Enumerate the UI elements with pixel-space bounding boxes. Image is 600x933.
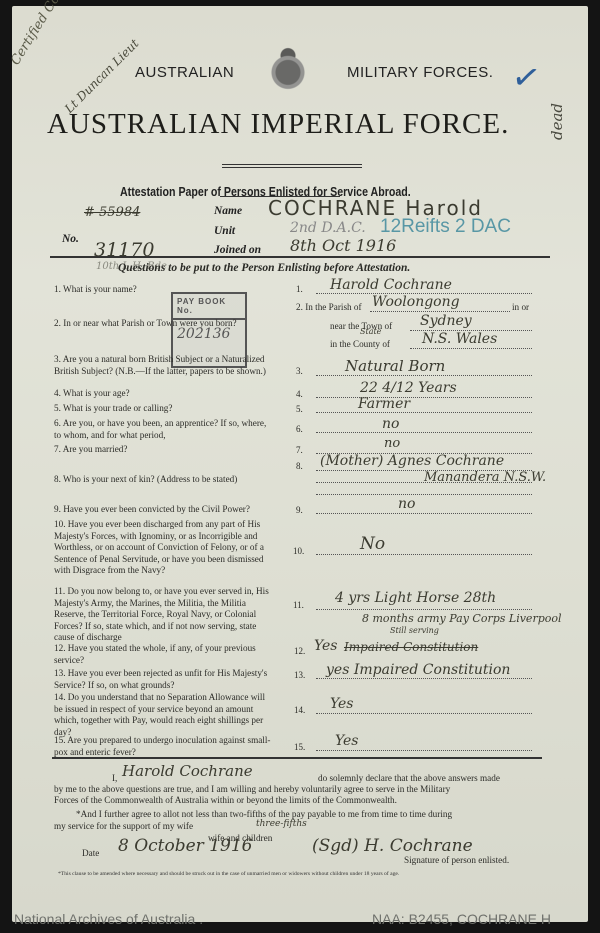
declaration-text-3: Forces of the Commonwealth of Australia … [54,795,397,807]
answer-14-line [316,713,532,714]
record-divider [50,256,550,258]
answer-5-line [316,412,532,413]
declarant-name: Harold Cochrane [122,762,253,780]
question-4: 4. What is your age? [54,388,130,400]
answer-8-line-3 [316,494,532,495]
answer-13-line [316,678,532,679]
answer-3: Natural Born [345,357,445,375]
answer-10-number: 10. [293,546,304,556]
answer-9-number: 9. [296,505,303,515]
answer-5-number: 5. [296,404,303,414]
answer-13: yes Impaired Constitution [326,662,510,678]
answer-2-county-correction: State [360,327,381,336]
answer-14-number: 14. [294,705,305,715]
answer-11-number: 11. [293,600,304,610]
answer-12-struck: Impaired Constitution [344,640,478,654]
answer-15-number: 15. [294,742,305,752]
answer-3-line [316,375,532,376]
signature: (Sgd) H. Cochrane [312,836,473,856]
declaration-text-1: do solemnly declare that the above answe… [318,773,500,785]
footnote: *This clause to be amended where necessa… [58,871,399,877]
answer-8-number: 8. [296,461,303,471]
joined-label: Joined on [214,244,261,256]
answer-2-county-line [410,348,532,349]
answer-12: Yes [314,638,338,654]
questions-heading: Questions to be put to the Person Enlist… [118,262,410,274]
answer-9: no [398,496,415,512]
date-label: Date [82,848,99,860]
declaration-prefix: I, [112,773,117,785]
answer-15: Yes [335,733,359,749]
unit-stamp: 12Reifts 2 DAC [380,216,511,238]
allotment-insert: three-fifths [256,819,307,829]
declaration-date: 8 October 1916 [118,836,252,856]
declaration-text-2: by me to the above questions are true, a… [54,784,450,796]
joined-date: 8th Oct 1916 [290,236,396,255]
question-9: 9. Have you ever been convicted by the C… [54,504,250,516]
question-5: 5. What is your trade or calling? [54,403,172,415]
question-13: 13. Have you ever been rejected as unfit… [54,668,274,691]
service-number: 31170 [94,239,154,261]
question-12: 12. Have you stated the whole, if any, o… [54,643,274,666]
answer-12-number: 12. [294,646,305,656]
question-8: 8. Who is your next of kin? (Address to … [54,474,237,486]
margin-note-vertical: dead [548,103,566,140]
answer-8-address: Manandera N.S.W. [424,470,546,485]
name-label: Name [214,205,242,217]
answer-2-suffix: in or [512,302,529,314]
answer-13-number: 13. [294,670,305,680]
title-divider [222,164,362,165]
answer-7: no [384,436,400,451]
answer-9-line [316,513,532,514]
unit-handwritten: 2nd D.A.C. [290,220,366,236]
footer-citation: NAA: B2455, COCHRANE H [372,911,551,927]
answer-2-parish-label: 2. In the Parish of [296,302,362,314]
answer-2-county-label: in the County of [330,339,390,351]
question-10: 10. Have you ever been discharged from a… [54,519,274,577]
answer-2-parish-line [370,311,510,312]
footer-archive-name: National Archives of Australia . [14,911,203,927]
title-divider-2 [222,167,362,168]
answer-15-line [316,750,532,751]
header-left: AUSTRALIAN [135,64,234,81]
answer-10-line [316,554,532,555]
question-6: 6. Are you, or have you been, an apprent… [54,418,272,441]
answer-11-line2: 8 months army Pay Corps Liverpool [362,612,562,625]
answer-5: Farmer [358,396,410,412]
answer-2-county: N.S. Wales [422,331,497,347]
answer-10: No [360,534,385,554]
question-14: 14. Do you understand that no Separation… [54,692,274,738]
allotment-text-2: my service for the support of my wife [54,821,193,833]
answer-4: 22 4/12 Years [360,380,457,396]
questions-bottom-rule [52,757,542,759]
answer-11-line [316,609,532,610]
royal-coat-of-arms-icon [260,46,316,94]
answer-7-number: 7. [296,445,303,455]
answer-3-number: 3. [296,366,303,376]
header-right: MILITARY FORCES. [347,64,493,81]
answer-1: Harold Cochrane [330,277,452,293]
answer-6: no [382,416,399,432]
question-1: 1. What is your name? [54,284,137,296]
question-11: 11. Do you now belong to, or have you ev… [54,586,274,644]
pay-book-stamp-title: PAY BOOK No. [173,294,245,320]
answer-11-line1: 4 yrs Light Horse 28th [335,590,496,606]
answer-2-parish: Woolongong [372,294,460,310]
answer-11-line3: Still serving [390,626,439,635]
number-label: No. [62,233,79,245]
struck-number: # 55984 [84,205,140,220]
answer-1-number: 1. [296,284,303,294]
answer-6-line [316,432,532,433]
question-15: 15. Are you prepared to undergo inoculat… [54,735,274,758]
answer-4-number: 4. [296,389,303,399]
signature-label: Signature of person enlisted. [404,855,509,867]
answer-8-name: (Mother) Agnes Cochrane [320,453,504,469]
answer-2-town: Sydney [420,313,472,329]
unit-label: Unit [214,225,235,237]
answer-14: Yes [330,696,354,712]
document-title: AUSTRALIAN IMPERIAL FORCE. [47,108,509,141]
question-3: 3. Are you a natural born British Subjec… [54,354,272,377]
answer-6-number: 6. [296,424,303,434]
question-7: 7. Are you married? [54,444,127,456]
question-2: 2. In or near what Parish or Town were y… [54,318,274,330]
answer-4-line [316,397,532,398]
